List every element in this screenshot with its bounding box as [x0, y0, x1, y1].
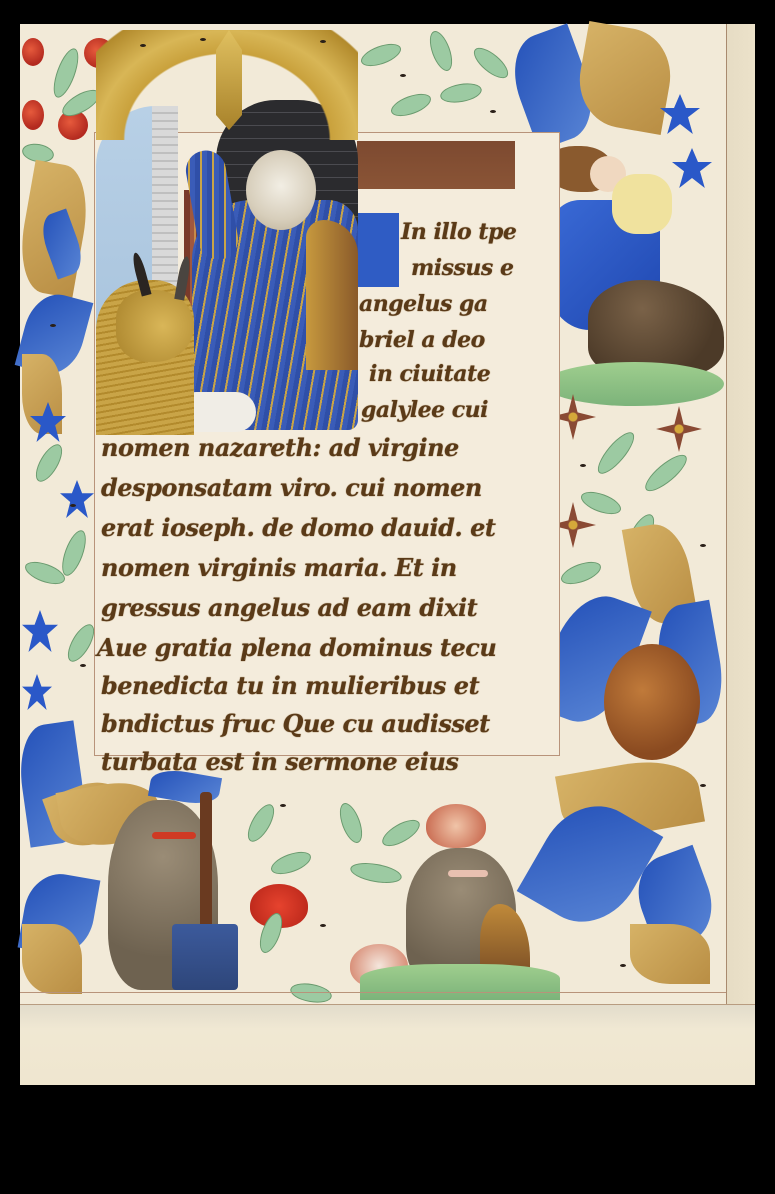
ink-spray	[140, 44, 146, 47]
text-line: desponsatam viro. cui nomen	[101, 473, 482, 502]
leaf-icon	[378, 815, 423, 852]
lion-figure	[604, 644, 700, 760]
ink-spray	[50, 324, 56, 327]
text-line: missus e	[411, 255, 513, 281]
leaf-icon	[578, 487, 624, 518]
bottom-margin	[20, 1004, 755, 1085]
text-line: Aue gratia plena dominus tecu	[97, 633, 496, 662]
ink-spray	[200, 38, 206, 41]
red-berry-icon	[22, 100, 44, 130]
text-line: nomen nazareth: ad virgine	[101, 433, 459, 462]
leaf-icon	[289, 980, 333, 1005]
gilded-pinnacle	[216, 30, 242, 130]
leaf-icon	[640, 449, 691, 496]
mortar	[172, 924, 238, 990]
ink-spray	[620, 964, 626, 967]
blue-flower-icon	[22, 610, 58, 652]
gold-acanthus-icon	[630, 924, 710, 984]
grass-mound	[360, 964, 560, 1000]
text-line: galylee cui	[361, 397, 488, 423]
woman-companion-blonde	[612, 174, 672, 234]
strawberry-on-head-icon	[426, 804, 486, 848]
monkey-pink-collar	[448, 870, 488, 877]
manuscript-page: In illo tpe missus e angelus ga briel a …	[20, 24, 755, 1084]
leaf-icon	[469, 43, 513, 84]
ink-spray	[490, 110, 496, 113]
blue-flower-icon	[672, 148, 712, 188]
ox-head	[116, 290, 194, 362]
ink-spray	[80, 664, 86, 667]
text-line: in ciuitate	[369, 361, 490, 387]
leaf-icon	[268, 847, 314, 878]
leaf-icon	[31, 440, 68, 485]
bear-figure	[588, 280, 724, 376]
ink-spray	[400, 74, 406, 77]
text-line: benedicta tu in mulieribus et	[101, 671, 479, 700]
grass-mound	[544, 362, 724, 406]
blue-flower-icon	[22, 674, 52, 710]
text-line: In illo tpe	[401, 219, 516, 245]
red-berry-icon	[22, 38, 44, 66]
text-line: erat ioseph. de domo dauid. et	[101, 513, 495, 542]
leaf-icon	[335, 800, 366, 846]
leaf-icon	[349, 860, 403, 887]
leaf-icon	[57, 527, 90, 578]
saint-cloak	[306, 220, 358, 370]
text-line: angelus ga	[359, 291, 488, 317]
leaf-icon	[243, 800, 280, 845]
leaf-icon	[439, 80, 483, 105]
blue-flower-icon	[60, 480, 94, 518]
decorated-border: In illo tpe missus e angelus ga briel a …	[20, 24, 727, 1004]
text-line: bndictus fruc Que cu audisset	[101, 709, 490, 738]
leaf-icon	[592, 427, 639, 478]
miniature-st-luke	[96, 30, 358, 435]
text-line: gressus angelus ad eam dixit	[101, 593, 477, 622]
text-line: nomen virginis maria. Et in	[101, 553, 457, 582]
leaf-icon	[388, 89, 434, 120]
ink-spray	[700, 784, 706, 787]
ink-spray	[320, 40, 326, 43]
leaf-icon	[425, 28, 456, 74]
leaf-icon	[358, 39, 404, 70]
text-line: briel a deo	[359, 327, 485, 353]
border-rule	[20, 992, 727, 993]
ink-spray	[70, 504, 76, 507]
ink-spray	[320, 924, 326, 927]
leaf-icon	[558, 557, 604, 588]
saint-head	[246, 150, 316, 230]
ink-spray	[700, 544, 706, 547]
monkey-red-collar	[152, 832, 196, 839]
ink-spray	[280, 804, 286, 807]
leaf-icon	[22, 557, 68, 588]
right-margin	[726, 24, 755, 1004]
brown-flower-icon	[656, 406, 702, 452]
gold-acanthus-icon	[22, 924, 82, 994]
text-line: turbata est in sermone eius	[101, 747, 458, 776]
leaf-icon	[49, 45, 84, 100]
ink-spray	[580, 464, 586, 467]
